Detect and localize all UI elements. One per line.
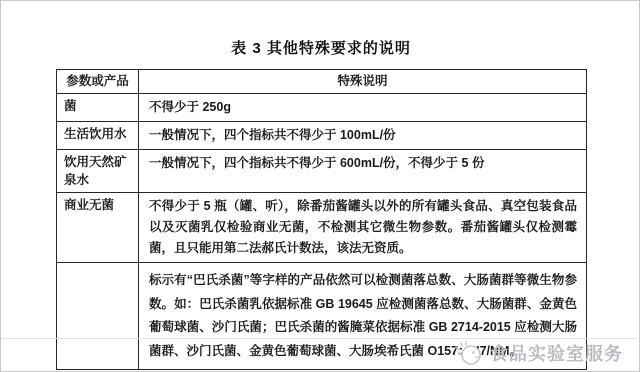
special-requirements-table: 参数或产品 特殊说明 菌 不得少于 250g 生活饮用水 一般情况下，四个指标共… — [56, 69, 587, 370]
table-row: 菌 不得少于 250g — [57, 94, 587, 122]
whale-logo-icon — [450, 340, 484, 366]
desc-cell: 一般情况下，四个指标共不得少于 600mL/份，不得少于 5 份 — [139, 150, 587, 193]
scan-image-edge — [1, 338, 640, 339]
desc-cell: 一般情况下，四个指标共不得少于 100mL/份 — [139, 122, 587, 150]
table-header-row: 参数或产品 特殊说明 — [57, 70, 587, 94]
table-row: 生活饮用水 一般情况下，四个指标共不得少于 100mL/份 — [57, 122, 587, 150]
desc-cell: 不得少于 5 瓶（罐、听），除番茄酱罐头以外的所有罐头食品、真空包装食品以及灭菌… — [139, 193, 587, 263]
page-title: 表 3 其他特殊要求的说明 — [1, 37, 640, 58]
param-cell: 饮用天然矿泉水 — [57, 150, 139, 193]
watermark-brand: 食品实验室服务 — [450, 340, 623, 366]
param-cell: 商业无菌 — [57, 193, 139, 263]
col-header-desc: 特殊说明 — [139, 70, 587, 94]
table-row: 饮用天然矿泉水 一般情况下，四个指标共不得少于 600mL/份，不得少于 5 份 — [57, 150, 587, 193]
document-page: 表 3 其他特殊要求的说明 参数或产品 特殊说明 菌 不得少于 250g 生活饮… — [0, 0, 640, 372]
param-cell — [57, 263, 139, 370]
table-row: 商业无菌 不得少于 5 瓶（罐、听），除番茄酱罐头以外的所有罐头食品、真空包装食… — [57, 193, 587, 263]
param-cell: 生活饮用水 — [57, 122, 139, 150]
brand-text: 食品实验室服务 — [490, 340, 623, 366]
desc-cell: 不得少于 250g — [139, 94, 587, 122]
col-header-param: 参数或产品 — [57, 70, 139, 94]
param-cell: 菌 — [57, 94, 139, 122]
